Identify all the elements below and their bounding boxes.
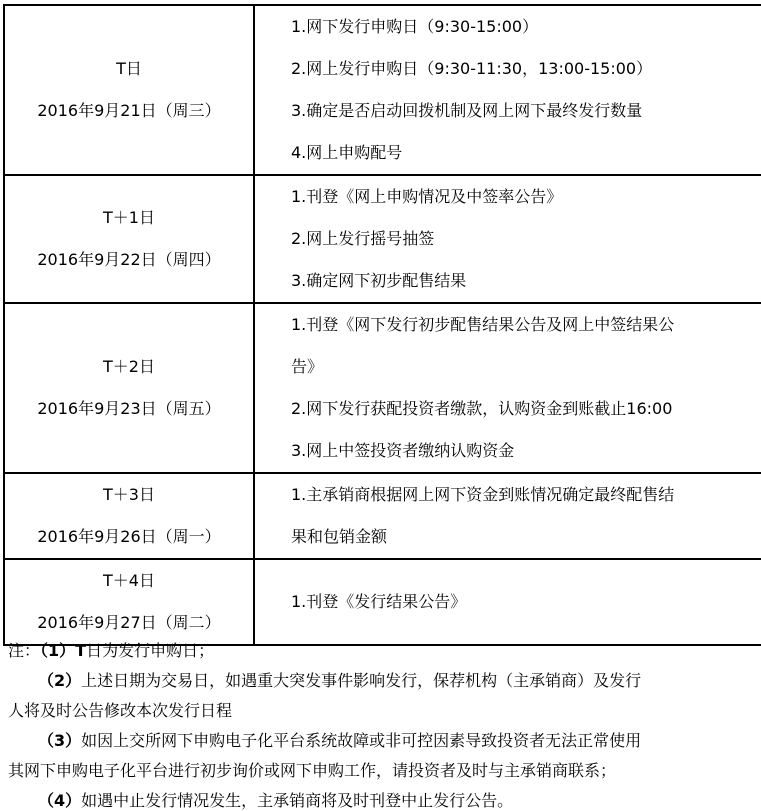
date-label: 2016年9月23日（周五） <box>5 388 253 430</box>
schedule-row-t1: T＋1日 2016年9月22日（周四） 1.刊登《网上申购情况及中签率公告》 2… <box>4 175 761 303</box>
note-1: 注：（1）T日为发行申购日； <box>8 636 758 666</box>
date-cell: T＋3日 2016年9月26日（周一） <box>4 473 254 559</box>
task-item: 2.网上发行申购日（9:30-11:30，13:00-15:00） <box>291 48 761 90</box>
date-cell: T＋2日 2016年9月23日（周五） <box>4 303 254 473</box>
task-cell: 1.刊登《发行结果公告》 <box>254 559 761 645</box>
task-item: 3.确定是否启动回拨机制及网上网下最终发行数量 <box>291 90 761 132</box>
notes-prefix: 注： <box>8 641 40 660</box>
task-cell: 1.刊登《网上申购情况及中签率公告》 2.网上发行摇号抽签 3.确定网下初步配售… <box>254 175 761 303</box>
note-number: （4） <box>38 791 81 810</box>
schedule-row-t2: T＋2日 2016年9月23日（周五） 1.刊登《网下发行初步配售结果公告及网上… <box>4 303 761 473</box>
task-item: 4.网上申购配号 <box>291 132 761 174</box>
task-cell: 1.刊登《网下发行初步配售结果公告及网上中签结果公 告》 2.网下发行获配投资者… <box>254 303 761 473</box>
note-bold-term: T <box>75 641 86 660</box>
day-label: T＋2日 <box>5 346 253 388</box>
date-cell: T＋1日 2016年9月22日（周四） <box>4 175 254 303</box>
schedule-row-t4: T＋4日 2016年9月27日（周二） 1.刊登《发行结果公告》 <box>4 559 761 645</box>
task-item: 告》 <box>291 346 761 388</box>
day-label: T＋4日 <box>5 560 253 602</box>
task-item: 1.网下发行申购日（9:30-15:00） <box>291 6 761 48</box>
note-3-cont: 其网下申购电子化平台进行初步询价或网下申购工作，请投资者及时与主承销商联系； <box>8 756 758 786</box>
task-item: 果和包销金额 <box>291 516 761 558</box>
day-label: T日 <box>5 48 253 90</box>
day-label: T＋1日 <box>5 197 253 239</box>
note-4: （4）如遇中止发行情况发生，主承销商将及时刊登中止发行公告。 <box>8 786 758 811</box>
task-item: 3.网上中签投资者缴纳认购资金 <box>291 430 761 472</box>
issuance-schedule-table: T日 2016年9月21日（周三） 1.网下发行申购日（9:30-15:00） … <box>3 4 761 646</box>
note-2-cont: 人将及时公告修改本次发行日程 <box>8 696 758 726</box>
schedule-row-t: T日 2016年9月21日（周三） 1.网下发行申购日（9:30-15:00） … <box>4 5 761 175</box>
date-label: 2016年9月22日（周四） <box>5 239 253 281</box>
task-item: 2.网下发行获配投资者缴款，认购资金到账截止16:00 <box>291 388 761 430</box>
note-text: 如遇中止发行情况发生，主承销商将及时刊登中止发行公告。 <box>81 791 513 810</box>
task-item: 1.刊登《发行结果公告》 <box>291 581 761 623</box>
date-label: 2016年9月26日（周一） <box>5 516 253 558</box>
date-cell: T＋4日 2016年9月27日（周二） <box>4 559 254 645</box>
note-number: （3） <box>38 731 81 750</box>
task-cell: 1.网下发行申购日（9:30-15:00） 2.网上发行申购日（9:30-11:… <box>254 5 761 175</box>
task-item: 1.主承销商根据网上网下资金到账情况确定最终配售结 <box>291 474 761 516</box>
task-item: 1.刊登《网上申购情况及中签率公告》 <box>291 176 761 218</box>
task-cell: 1.主承销商根据网上网下资金到账情况确定最终配售结 果和包销金额 <box>254 473 761 559</box>
note-text: 上述日期为交易日，如遇重大突发事件影响发行，保荐机构（主承销商）及发行 <box>81 671 641 690</box>
note-2: （2）上述日期为交易日，如遇重大突发事件影响发行，保荐机构（主承销商）及发行 <box>8 666 758 696</box>
date-cell: T日 2016年9月21日（周三） <box>4 5 254 175</box>
day-label: T＋3日 <box>5 474 253 516</box>
date-label: 2016年9月21日（周三） <box>5 90 253 132</box>
task-item: 3.确定网下初步配售结果 <box>291 260 761 302</box>
notes-section: 注：（1）T日为发行申购日； （2）上述日期为交易日，如遇重大突发事件影响发行，… <box>8 636 758 811</box>
schedule-row-t3: T＋3日 2016年9月26日（周一） 1.主承销商根据网上网下资金到账情况确定… <box>4 473 761 559</box>
note-3: （3）如因上交所网下申购电子化平台系统故障或非可控因素导致投资者无法正常使用 <box>8 726 758 756</box>
task-item: 1.刊登《网下发行初步配售结果公告及网上中签结果公 <box>291 304 761 346</box>
task-item: 2.网上发行摇号抽签 <box>291 218 761 260</box>
note-text: 如因上交所网下申购电子化平台系统故障或非可控因素导致投资者无法正常使用 <box>81 731 641 750</box>
note-number: （2） <box>38 671 81 690</box>
note-text: 日为发行申购日； <box>86 641 214 660</box>
note-number: （1） <box>40 641 75 660</box>
